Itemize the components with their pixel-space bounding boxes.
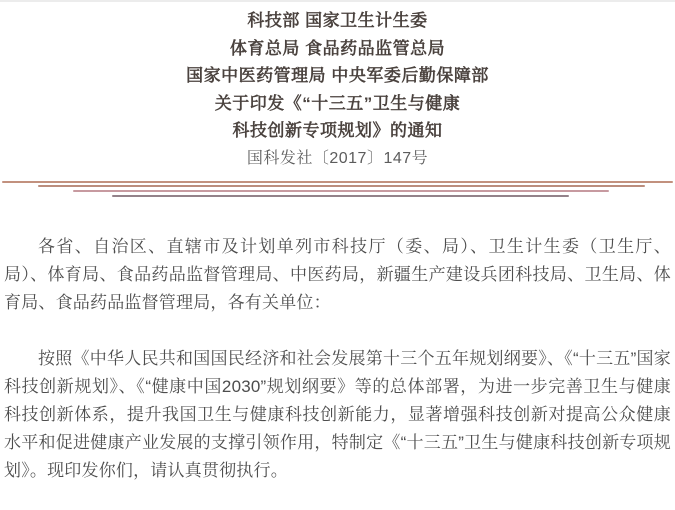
document-title-line-2: 科技创新专项规划》的通知 — [0, 117, 675, 145]
document-number: 国科发社〔2017〕147号 — [0, 145, 675, 173]
issuing-agency-line-1: 科技部 国家卫生计生委 — [0, 7, 675, 35]
divider-line-4 — [112, 195, 569, 197]
document-body: 各省、自治区、直辖市及计划单列市科技厅（委、局）、卫生计生委（卫生厅、局）、体育… — [0, 233, 675, 485]
header-divider — [0, 173, 675, 199]
top-border-strip — [0, 0, 675, 2]
divider-line-1 — [2, 181, 673, 183]
document-page: 科技部 国家卫生计生委 体育总局 食品药品监管总局 国家中医药管理局 中央军委后… — [0, 0, 675, 510]
divider-line-3 — [73, 190, 609, 192]
addressees-paragraph: 各省、自治区、直辖市及计划单列市科技厅（委、局）、卫生计生委（卫生厅、局）、体育… — [4, 233, 671, 317]
notice-paragraph: 按照《中华人民共和国国民经济和社会发展第十三个五年规划纲要》、《“十三五”国家科… — [4, 345, 671, 485]
document-title-line-1: 关于印发《“十三五”卫生与健康 — [0, 90, 675, 118]
divider-line-2 — [38, 185, 645, 187]
document-header: 科技部 国家卫生计生委 体育总局 食品药品监管总局 国家中医药管理局 中央军委后… — [0, 0, 675, 172]
issuing-agency-line-2: 体育总局 食品药品监管总局 — [0, 35, 675, 63]
issuing-agency-line-3: 国家中医药管理局 中央军委后勤保障部 — [0, 62, 675, 90]
